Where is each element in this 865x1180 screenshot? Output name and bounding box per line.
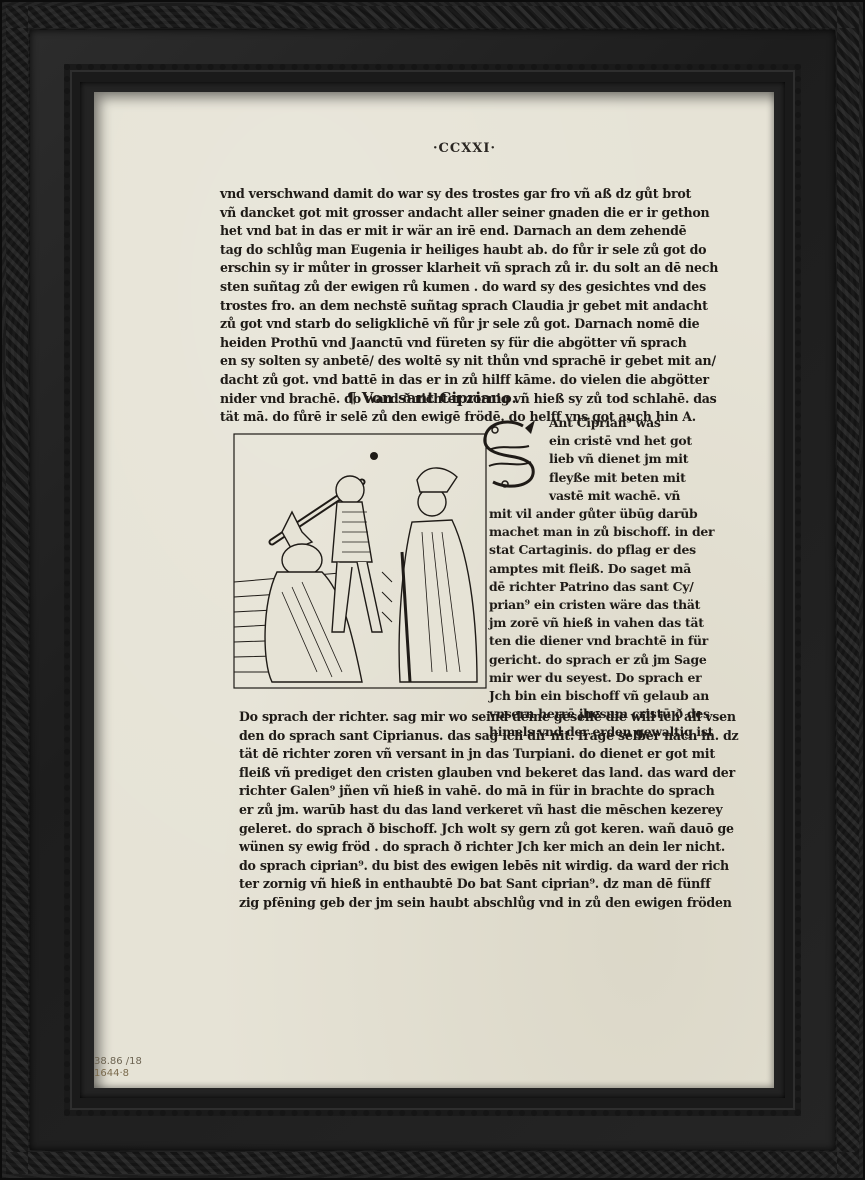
text-line: amptes mit fleiß. Do saget mā	[489, 560, 714, 578]
accession-line-1: 38.86 /18	[94, 1056, 142, 1068]
book-leaf: ·CCXXI· vnd verschwand damit do war sy d…	[94, 92, 774, 1088]
text-line: dē richter Patrino das sant Cy/	[489, 578, 714, 596]
text-line: Do sprach der richter. sag mir wo seind …	[239, 708, 738, 727]
text-line: gericht. do sprach er zů jm Sage	[489, 651, 714, 669]
text-line: er zů jm. warūb hast du das land verkere…	[239, 801, 738, 820]
text-line: tag do schlůg man Eugenia ir heiliges ha…	[220, 241, 718, 260]
accession-line-2: 1644·8	[94, 1068, 142, 1080]
accession-number-note: 38.86 /18 1644·8	[94, 1056, 142, 1080]
text-line: fleyße mit beten mit	[489, 469, 714, 487]
text-line: machet man in zů bischoff. in der	[489, 523, 714, 541]
text-line: lieb vñ dienet jm mit	[489, 450, 714, 468]
text-line: zig pfēning geb der jm sein haubt abschl…	[239, 894, 738, 913]
text-line: stat Cartaginis. do pflag er des	[489, 541, 714, 559]
text-line: trostes fro. an dem nechstē suñtag sprac…	[220, 297, 718, 316]
text-line: ten die diener vnd brachtē in für	[489, 632, 714, 650]
folio-number: ·CCXXI·	[433, 141, 496, 156]
text-line: jm zorē vñ hieß in vahen das tät	[489, 614, 714, 632]
text-line: dacht zů got. vnd battē in das er in zů …	[220, 371, 718, 390]
woodcut-martyrdom-illustration	[232, 432, 488, 690]
text-line: Ant Ciprian⁹ was	[489, 414, 714, 432]
text-line: Jch bin ein bischoff vñ gelaub an	[489, 687, 714, 705]
text-line: ein cristē vnd het got	[489, 432, 714, 450]
text-line: ter zornig vñ hieß in enthaubtē Do bat S…	[239, 875, 738, 894]
text-line: sten suñtag zů der ewigen rů kumen . do …	[220, 278, 718, 297]
text-line: geleret. do sprach ð bischoff. Jch wolt …	[239, 820, 738, 839]
text-line: vnd verschwand damit do war sy des trost…	[220, 185, 718, 204]
text-line: vñ dancket got mit grosser andacht aller…	[220, 204, 718, 223]
text-line: mit vil ander gůter übūg darūb	[489, 505, 714, 523]
text-line: do sprach ciprian⁹. du bist des ewigen l…	[239, 857, 738, 876]
text-line: wünen sy ewig fröd . do sprach ð richter…	[239, 838, 738, 857]
text-line: het vnd bat in das er mit ir wär an irē …	[220, 222, 718, 241]
text-line: heiden Prothū vnd Jaanctū vnd füreten sy…	[220, 334, 718, 353]
text-line: vastē mit wachē. vñ	[489, 487, 714, 505]
section-heading: ¶ Von sant Cipriano.	[347, 389, 517, 407]
text-line: fleiß vñ prediget den cristen glauben vn…	[239, 764, 738, 783]
text-line: richter Galen⁹ jñen vñ hieß in vahē. do …	[239, 782, 738, 801]
text-block-beside-woodcut: Ant Ciprian⁹ was ein cristē vnd het got …	[489, 414, 714, 742]
text-block-lower: Do sprach der richter. sag mir wo seind …	[239, 708, 738, 913]
text-line: en sy solten sy anbetē/ des woltē sy nit…	[220, 352, 718, 371]
text-line: zů got vnd starb do seligklichē vñ fůr j…	[220, 315, 718, 334]
text-line: den do sprach sant Ciprianus. das sag ic…	[239, 727, 738, 746]
picture-frame: ·CCXXI· vnd verschwand damit do war sy d…	[0, 0, 865, 1180]
text-line: tät dē richter zoren vñ versant in jn da…	[239, 745, 738, 764]
text-line: mir wer du seyest. Do sprach er	[489, 669, 714, 687]
text-line: prian⁹ ein cristen wäre das thät	[489, 596, 714, 614]
text-line: erschin sy ir můter in grosser klarheit …	[220, 259, 718, 278]
